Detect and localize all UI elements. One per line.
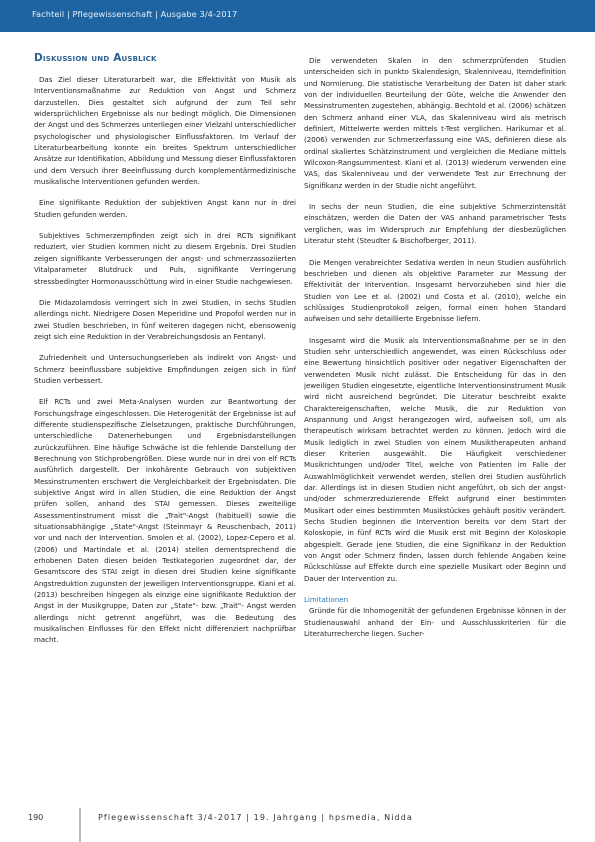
paragraph: Die Mengen verabreichter Sedativa werden… bbox=[304, 257, 566, 325]
paragraph: Insgesamt wird die Musik als Interventio… bbox=[304, 335, 566, 585]
section-title: Diskussion und Ausblick bbox=[34, 52, 296, 64]
paragraph: In sechs der neun Studien, die eine subj… bbox=[304, 201, 566, 246]
left-column: Diskussion und Ausblick Das Ziel dieser … bbox=[34, 48, 296, 656]
paragraph: Elf RCTs und zwei Meta-Analysen wurden z… bbox=[34, 396, 296, 646]
paragraph: Gründe für die Inhomogenität der gefunde… bbox=[304, 605, 566, 639]
paragraph: Das Ziel dieser Literaturarbeit war, die… bbox=[34, 74, 296, 187]
right-column: Die verwendeten Skalen in den schmerzprü… bbox=[304, 55, 566, 640]
footer-journal-info: Pflegewissenschaft 3/4-2017 | 19. Jahrga… bbox=[98, 813, 413, 822]
paragraph: Zufriedenheit und Untersuchungserleben a… bbox=[34, 352, 296, 386]
paragraph: Die verwendeten Skalen in den schmerzprü… bbox=[304, 55, 566, 191]
running-header-title: Fachteil | Pflegewissenschaft | Ausgabe … bbox=[32, 9, 237, 19]
running-header-bar: Fachteil | Pflegewissenschaft | Ausgabe … bbox=[0, 0, 595, 32]
paragraph: Die Midazolamdosis verringert sich in zw… bbox=[34, 297, 296, 342]
subheading-limitationen: Limitationen bbox=[304, 594, 566, 605]
footer-divider bbox=[79, 808, 81, 842]
paragraph: Eine signifikante Reduktion der subjekti… bbox=[34, 197, 296, 220]
page-number: 190 bbox=[28, 813, 43, 822]
paragraph: Subjektives Schmerzempfinden zeigt sich … bbox=[34, 230, 296, 287]
